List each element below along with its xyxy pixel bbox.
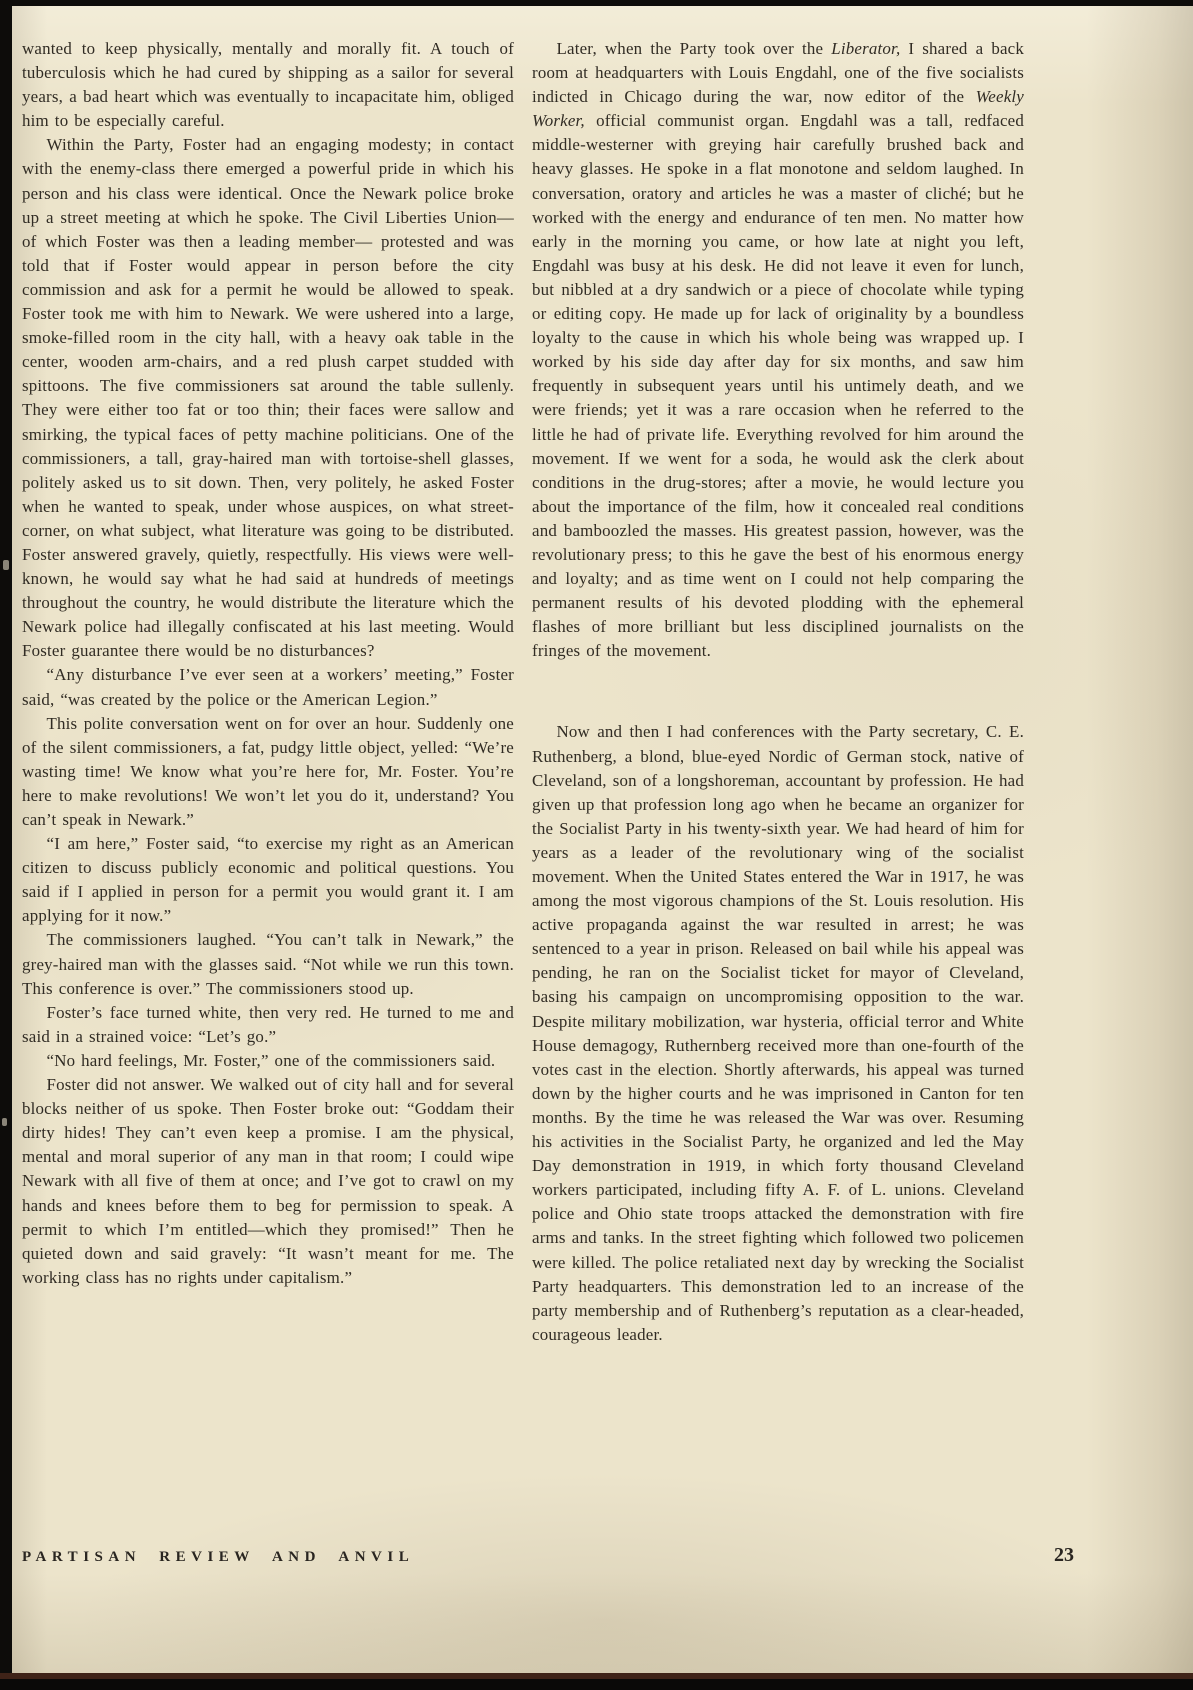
paragraph: Foster’s face turned white, then very re… (22, 1001, 514, 1049)
paragraph: This polite conversation went on for ove… (22, 712, 514, 832)
scanned-book-page: wanted to keep physically, mentally and … (0, 0, 1193, 1690)
paragraph: Foster did not answer. We walked out of … (22, 1073, 514, 1290)
paragraph: Later, when the Party took over the Libe… (532, 37, 1024, 663)
paragraph: “I am here,” Foster said, “to exercise m… (22, 832, 514, 928)
text-segment: Later, when the Party took over the (557, 39, 832, 58)
spine-speck (3, 560, 9, 570)
paragraph: Now and then I had conferences with the … (532, 720, 1024, 1346)
journal-title-footer: PARTISAN REVIEW AND ANVIL (22, 1549, 414, 1566)
page-number: 23 (1054, 1544, 1074, 1567)
scan-bottom-edge (0, 1679, 1193, 1690)
right-column: Later, when the Party took over the Libe… (532, 37, 1024, 1347)
paragraph: “Any disturbance I’ve ever seen at a wor… (22, 663, 514, 711)
text-segment: official communist organ. Engdahl was a … (532, 111, 1024, 660)
paragraph: “No hard feelings, Mr. Foster,” one of t… (22, 1049, 514, 1073)
paragraph: The commissioners laughed. “You can’t ta… (22, 928, 514, 1000)
italic-title-liberator: Liberator, (831, 39, 900, 58)
left-column: wanted to keep physically, mentally and … (22, 37, 514, 1290)
spine-speck (2, 1118, 7, 1126)
paragraph: wanted to keep physically, mentally and … (22, 37, 514, 133)
paragraph: Within the Party, Foster had an engaging… (22, 133, 514, 663)
page-surface: wanted to keep physically, mentally and … (12, 6, 1193, 1673)
